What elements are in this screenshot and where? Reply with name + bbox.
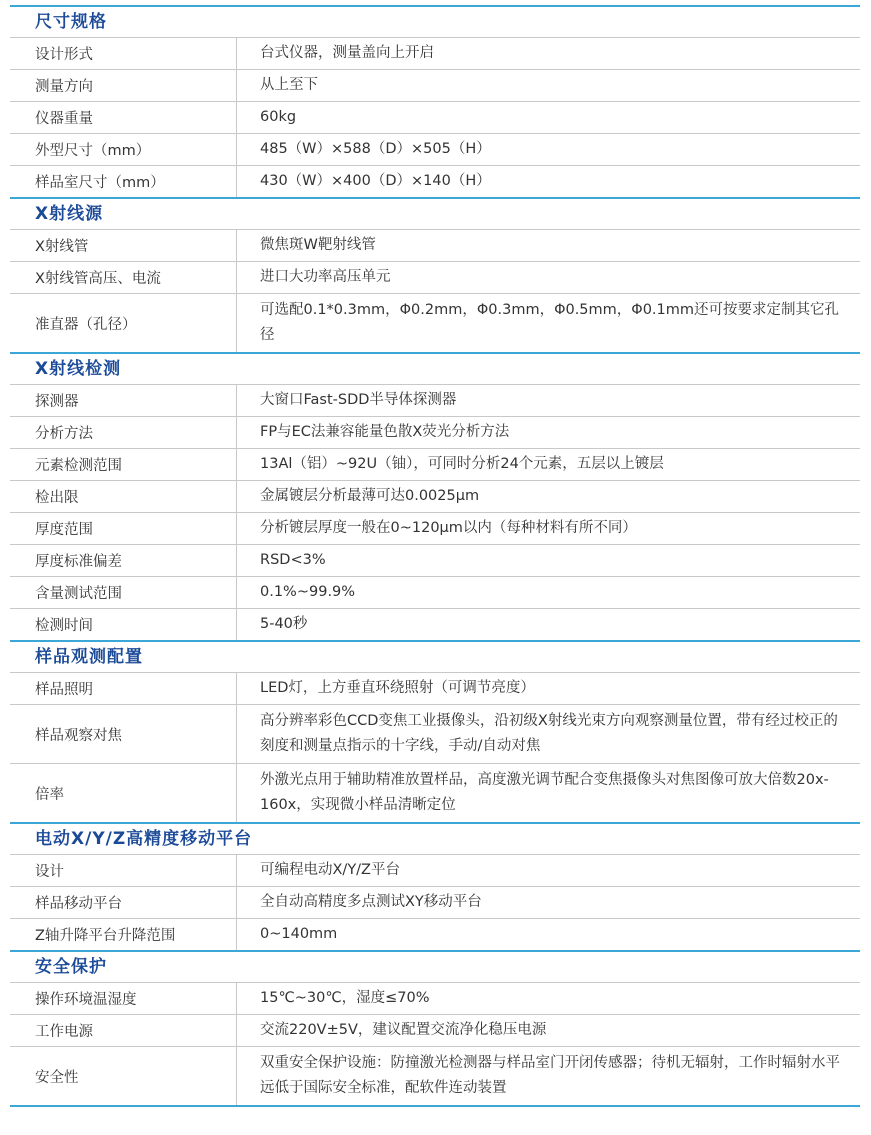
row-label: 安全性: [10, 1047, 237, 1105]
row-value: RSD<3%: [237, 545, 860, 576]
section-title: X射线源: [10, 199, 860, 230]
row-value: FP与EC法兼容能量色散X荧光分析方法: [237, 417, 860, 448]
table-row: 探测器大窗口Fast-SDD半导体探测器: [10, 385, 860, 417]
table-row: 元素检测范围13Al（铝）~92U（铀），可同时分析24个元素，五层以上镀层: [10, 449, 860, 481]
row-label: 外型尺寸（mm）: [10, 134, 237, 165]
row-label: 样品移动平台: [10, 887, 237, 918]
row-value: 430（W）×400（D）×140（H）: [237, 166, 860, 197]
table-row: 外型尺寸（mm）485（W）×588（D）×505（H）: [10, 134, 860, 166]
table-row: 样品室尺寸（mm）430（W）×400（D）×140（H）: [10, 166, 860, 197]
section-title: 样品观测配置: [10, 642, 860, 673]
table-row: 厚度范围分析镀层厚度一般在0~120μm以内（每种材料有所不同）: [10, 513, 860, 545]
row-value: 13Al（铝）~92U（铀），可同时分析24个元素，五层以上镀层: [237, 449, 860, 480]
row-value: 可选配0.1*0.3mm，Φ0.2mm，Φ0.3mm，Φ0.5mm，Φ0.1mm…: [237, 294, 860, 352]
row-value: 0.1%~99.9%: [237, 577, 860, 608]
row-label: 厚度范围: [10, 513, 237, 544]
row-value: 外激光点用于辅助精准放置样品，高度激光调节配合变焦摄像头对焦图像可放大倍数20x…: [237, 764, 860, 822]
row-value: 交流220V±5V，建议配置交流净化稳压电源: [237, 1015, 860, 1046]
table-row: 准直器（孔径）可选配0.1*0.3mm，Φ0.2mm，Φ0.3mm，Φ0.5mm…: [10, 294, 860, 352]
section-xyz-stage: 电动X/Y/Z高精度移动平台 设计可编程电动X/Y/Z平台 样品移动平台全自动高…: [10, 822, 860, 950]
table-row: 设计形式台式仪器，测量盖向上开启: [10, 38, 860, 70]
table-row: 安全性双重安全保护设施：防撞激光检测器与样品室门开闭传感器；待机无辐射，工作时辐…: [10, 1047, 860, 1105]
row-label: 检测时间: [10, 609, 237, 640]
row-value: 5-40秒: [237, 609, 860, 640]
row-value: 台式仪器，测量盖向上开启: [237, 38, 860, 69]
table-row: 工作电源交流220V±5V，建议配置交流净化稳压电源: [10, 1015, 860, 1047]
table-row: 设计可编程电动X/Y/Z平台: [10, 855, 860, 887]
row-label: 设计形式: [10, 38, 237, 69]
row-label: 倍率: [10, 764, 237, 822]
table-row: 分析方法FP与EC法兼容能量色散X荧光分析方法: [10, 417, 860, 449]
table-row: 操作环境温湿度15℃~30℃，湿度≤70%: [10, 983, 860, 1015]
row-value: 可编程电动X/Y/Z平台: [237, 855, 860, 886]
row-value: 微焦斑W靶射线管: [237, 230, 860, 261]
row-value: 进口大功率高压单元: [237, 262, 860, 293]
section-dimensions: 尺寸规格 设计形式台式仪器，测量盖向上开启 测量方向从上至下 仪器重量60kg …: [10, 5, 860, 197]
section-sample-observation: 样品观测配置 样品照明LED灯，上方垂直环绕照射（可调节亮度） 样品观察对焦高分…: [10, 640, 860, 822]
row-label: 分析方法: [10, 417, 237, 448]
table-row: 检测时间5-40秒: [10, 609, 860, 640]
section-xray-source: X射线源 X射线管微焦斑W靶射线管 X射线管高压、电流进口大功率高压单元 准直器…: [10, 197, 860, 352]
row-label: X射线管: [10, 230, 237, 261]
row-label: 设计: [10, 855, 237, 886]
row-value: 0~140mm: [237, 919, 860, 950]
spec-table: 尺寸规格 设计形式台式仪器，测量盖向上开启 测量方向从上至下 仪器重量60kg …: [10, 5, 860, 1107]
row-label: 测量方向: [10, 70, 237, 101]
row-label: 操作环境温湿度: [10, 983, 237, 1014]
section-xray-detection: X射线检测 探测器大窗口Fast-SDD半导体探测器 分析方法FP与EC法兼容能…: [10, 352, 860, 640]
section-title: 尺寸规格: [10, 7, 860, 38]
row-label: 样品照明: [10, 673, 237, 704]
table-row: 厚度标准偏差RSD<3%: [10, 545, 860, 577]
row-label: 探测器: [10, 385, 237, 416]
table-row: 检出限金属镀层分析最薄可达0.0025μm: [10, 481, 860, 513]
table-row: X射线管微焦斑W靶射线管: [10, 230, 860, 262]
row-label: 样品观察对焦: [10, 705, 237, 763]
row-value: 金属镀层分析最薄可达0.0025μm: [237, 481, 860, 512]
row-label: 含量测试范围: [10, 577, 237, 608]
table-row: 样品移动平台全自动高精度多点测试XY移动平台: [10, 887, 860, 919]
row-label: Z轴升降平台升降范围: [10, 919, 237, 950]
row-value: 大窗口Fast-SDD半导体探测器: [237, 385, 860, 416]
row-label: 仪器重量: [10, 102, 237, 133]
table-row: 测量方向从上至下: [10, 70, 860, 102]
row-value: 15℃~30℃，湿度≤70%: [237, 983, 860, 1014]
row-label: 工作电源: [10, 1015, 237, 1046]
section-safety: 安全保护 操作环境温湿度15℃~30℃，湿度≤70% 工作电源交流220V±5V…: [10, 950, 860, 1107]
section-title: X射线检测: [10, 354, 860, 385]
row-value: 双重安全保护设施：防撞激光检测器与样品室门开闭传感器；待机无辐射，工作时辐射水平…: [237, 1047, 860, 1105]
row-label: 样品室尺寸（mm）: [10, 166, 237, 197]
row-value: 高分辨率彩色CCD变焦工业摄像头，沿初级X射线光束方向观察测量位置，带有经过校正…: [237, 705, 860, 763]
row-value: 60kg: [237, 102, 860, 133]
row-label: 厚度标准偏差: [10, 545, 237, 576]
row-value: LED灯，上方垂直环绕照射（可调节亮度）: [237, 673, 860, 704]
row-label: 准直器（孔径）: [10, 294, 237, 352]
row-value: 分析镀层厚度一般在0~120μm以内（每种材料有所不同）: [237, 513, 860, 544]
table-row: X射线管高压、电流进口大功率高压单元: [10, 262, 860, 294]
row-value: 全自动高精度多点测试XY移动平台: [237, 887, 860, 918]
table-row: 仪器重量60kg: [10, 102, 860, 134]
table-row: 样品照明LED灯，上方垂直环绕照射（可调节亮度）: [10, 673, 860, 705]
section-title: 安全保护: [10, 952, 860, 983]
table-row: 样品观察对焦高分辨率彩色CCD变焦工业摄像头，沿初级X射线光束方向观察测量位置，…: [10, 705, 860, 764]
section-title: 电动X/Y/Z高精度移动平台: [10, 824, 860, 855]
row-value: 从上至下: [237, 70, 860, 101]
row-label: 检出限: [10, 481, 237, 512]
row-value: 485（W）×588（D）×505（H）: [237, 134, 860, 165]
row-label: X射线管高压、电流: [10, 262, 237, 293]
table-row: 含量测试范围0.1%~99.9%: [10, 577, 860, 609]
table-row: 倍率外激光点用于辅助精准放置样品，高度激光调节配合变焦摄像头对焦图像可放大倍数2…: [10, 764, 860, 822]
table-row: Z轴升降平台升降范围0~140mm: [10, 919, 860, 950]
row-label: 元素检测范围: [10, 449, 237, 480]
